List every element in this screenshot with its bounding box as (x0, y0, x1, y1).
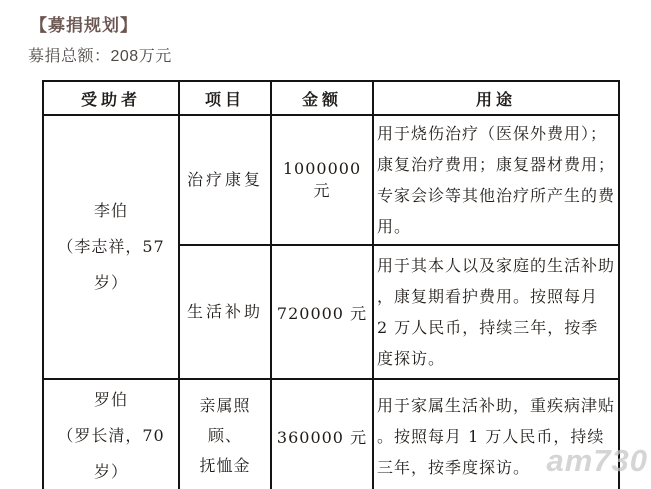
amount-cell: 1000000 元 (271, 115, 373, 245)
page-title: 【募捐规划】 (30, 11, 138, 36)
project-cell: 治疗康复 (179, 115, 271, 245)
article-page: 【募捐规划】 募捐总额：208万元 受助者 项目 金额 用途 李伯 （李志祥，5… (0, 0, 651, 489)
header-purpose: 用途 (373, 81, 619, 115)
recipient-detail: （李志祥，57 岁） (47, 229, 175, 301)
fund-total-text: 募捐总额：208万元 (28, 43, 172, 66)
recipient-name: 李伯 (47, 193, 175, 229)
amount-cell: 720000 元 (271, 245, 373, 379)
header-project: 项目 (179, 81, 271, 115)
purpose-cell: 用于其本人以及家庭的生活补助，康复期看护费用。按照每月 2 万人民币，持续三年，… (373, 245, 619, 379)
amount-cell: 360000 元 (271, 379, 373, 489)
recipient-cell: 罗伯 （罗长清，70 岁） (43, 379, 179, 489)
table-row: 罗伯 （罗长清，70 岁） 亲属照顾、 抚恤金 360000 元 用于家属生活补… (43, 379, 619, 489)
recipient-cell: 李伯 （李志祥，57 岁） (43, 115, 179, 379)
recipient-detail: （罗长清，70 岁） (47, 418, 175, 489)
donation-plan-table: 受助者 项目 金额 用途 李伯 （李志祥，57 岁） 治疗康复 1000000 … (42, 80, 620, 489)
project-cell: 亲属照顾、 抚恤金 (179, 379, 271, 489)
table-row: 李伯 （李志祥，57 岁） 治疗康复 1000000 元 用于烧伤治疗（医保外费… (43, 115, 619, 245)
header-amount: 金额 (271, 81, 373, 115)
header-recipient: 受助者 (43, 81, 179, 115)
recipient-name: 罗伯 (47, 382, 175, 418)
purpose-cell: 用于烧伤治疗（医保外费用）；康复治疗费用；康复器材费用；专家会诊等其他治疗所产生… (373, 115, 619, 245)
project-cell: 生活补助 (179, 245, 271, 379)
am730-watermark-logo: am730 (546, 443, 648, 479)
table-header-row: 受助者 项目 金额 用途 (43, 81, 619, 115)
